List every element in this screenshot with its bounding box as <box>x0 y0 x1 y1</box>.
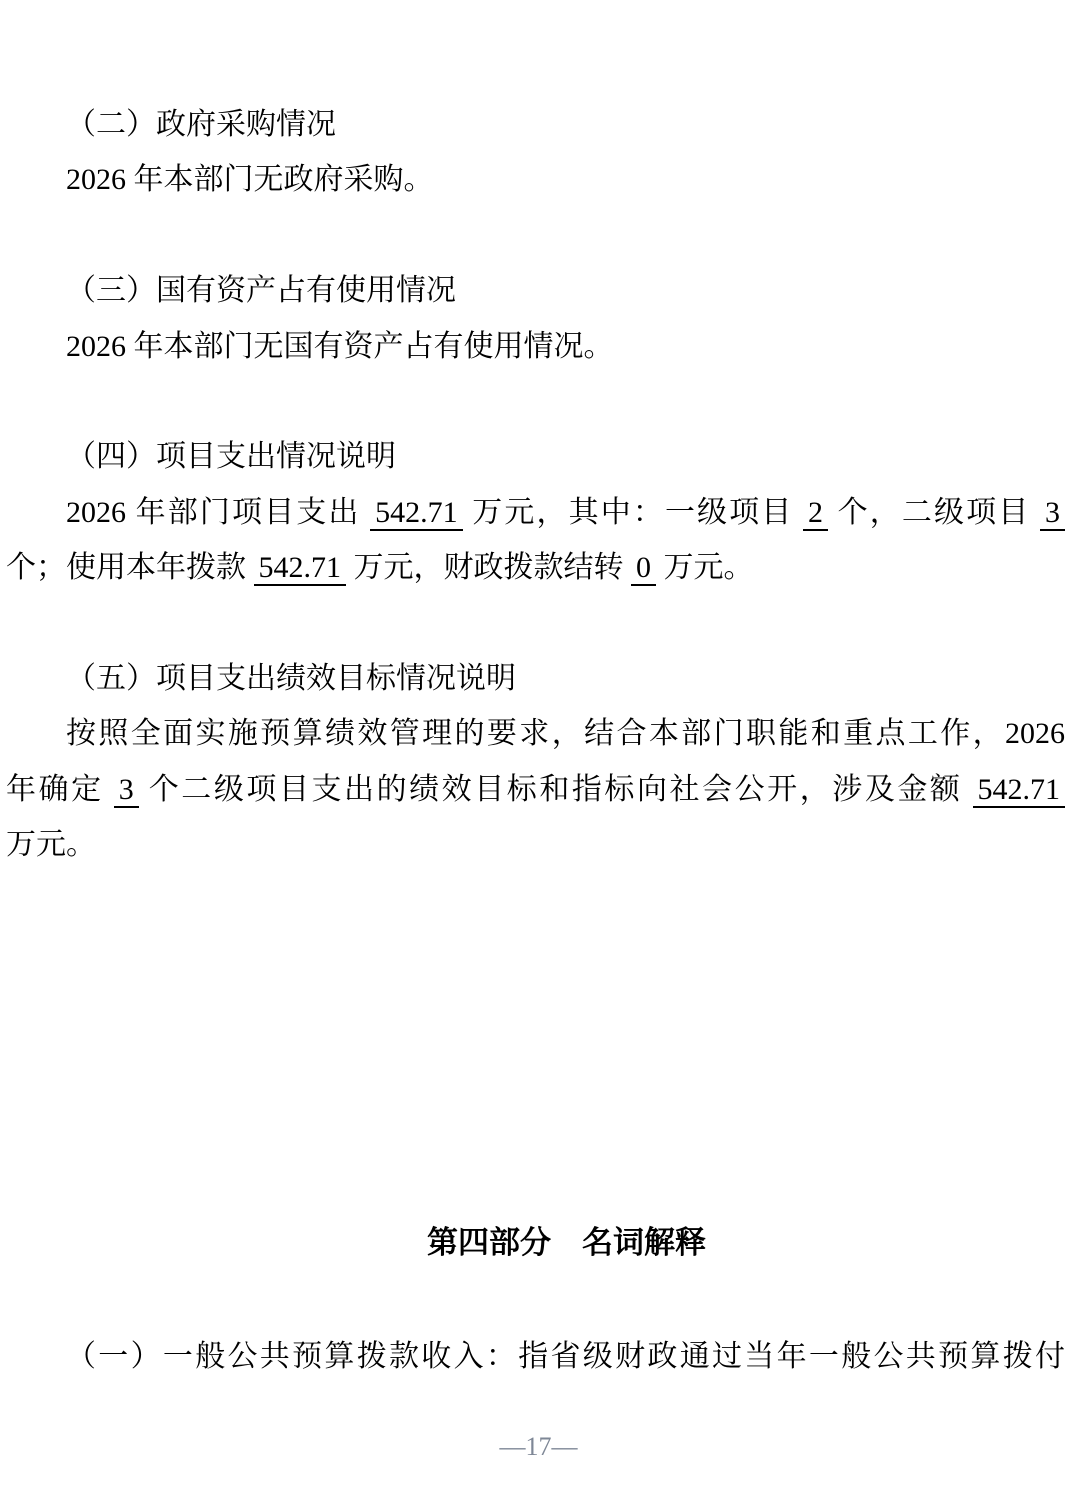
underlined-count: 2 <box>803 496 828 531</box>
page-number: —17— <box>0 1433 1077 1462</box>
underlined-amount: 542.71 <box>973 773 1066 808</box>
text-segment: 万元，其中：一级项目 <box>463 496 803 529</box>
underlined-amount: 542.71 <box>370 496 463 531</box>
paragraph-line: 按照全面实施预算绩效管理的要求，结合本部门职能和重点工作，2026 <box>6 706 1065 761</box>
paragraph-line: 个；使用本年拨款 542.71 万元，财政拨款结转 0 万元。 <box>6 540 1065 595</box>
underlined-count: 3 <box>1040 496 1065 531</box>
section-body: 2026 年本部门无政府采购。 <box>6 152 1065 207</box>
paragraph-line: 年确定 3 个二级项目支出的绩效目标和指标向社会公开，涉及金额 542.71 <box>6 762 1065 817</box>
text-segment: 个；使用本年拨款 <box>6 551 254 584</box>
section-performance-targets: （五）项目支出绩效目标情况说明 按照全面实施预算绩效管理的要求，结合本部门职能和… <box>6 651 1065 873</box>
paragraph-line: 2026 年部门项目支出 542.71 万元，其中：一级项目 2 个，二级项目 … <box>6 485 1065 540</box>
section-government-procurement: （二）政府采购情况 2026 年本部门无政府采购。 <box>6 97 1065 208</box>
text-segment: 万元。 <box>656 551 754 584</box>
section-heading: （二）政府采购情况 <box>6 97 1065 152</box>
glossary-paragraph: （一）一般公共预算拨款收入：指省级财政通过当年一般公共预算拨付 <box>6 1329 1065 1384</box>
text-segment: 万元，财政拨款结转 <box>346 551 631 584</box>
section-state-assets: （三）国有资产占有使用情况 2026 年本部门无国有资产占有使用情况。 <box>6 263 1065 374</box>
underlined-count: 3 <box>114 773 139 808</box>
text-segment: 2026 年部门项目支出 <box>66 496 370 529</box>
underlined-amount: 0 <box>631 551 656 586</box>
section-body: 2026 年本部门无国有资产占有使用情况。 <box>6 319 1065 374</box>
section-heading: （五）项目支出绩效目标情况说明 <box>6 651 1065 706</box>
text-segment: 个，二级项目 <box>828 496 1040 529</box>
part-four-heading: 第四部分 名词解释 <box>6 1216 1065 1271</box>
paragraph-line: 万元。 <box>6 817 1065 872</box>
section-heading: （四）项目支出情况说明 <box>6 429 1065 484</box>
underlined-amount: 542.71 <box>254 551 347 586</box>
document-page: （二）政府采购情况 2026 年本部门无政府采购。 （三）国有资产占有使用情况 … <box>6 0 1065 1384</box>
text-segment: 年确定 <box>6 773 114 806</box>
section-project-expenditure: （四）项目支出情况说明 2026 年部门项目支出 542.71 万元，其中：一级… <box>6 429 1065 595</box>
section-heading: （三）国有资产占有使用情况 <box>6 263 1065 318</box>
text-segment: 个二级项目支出的绩效目标和指标向社会公开，涉及金额 <box>139 773 973 806</box>
